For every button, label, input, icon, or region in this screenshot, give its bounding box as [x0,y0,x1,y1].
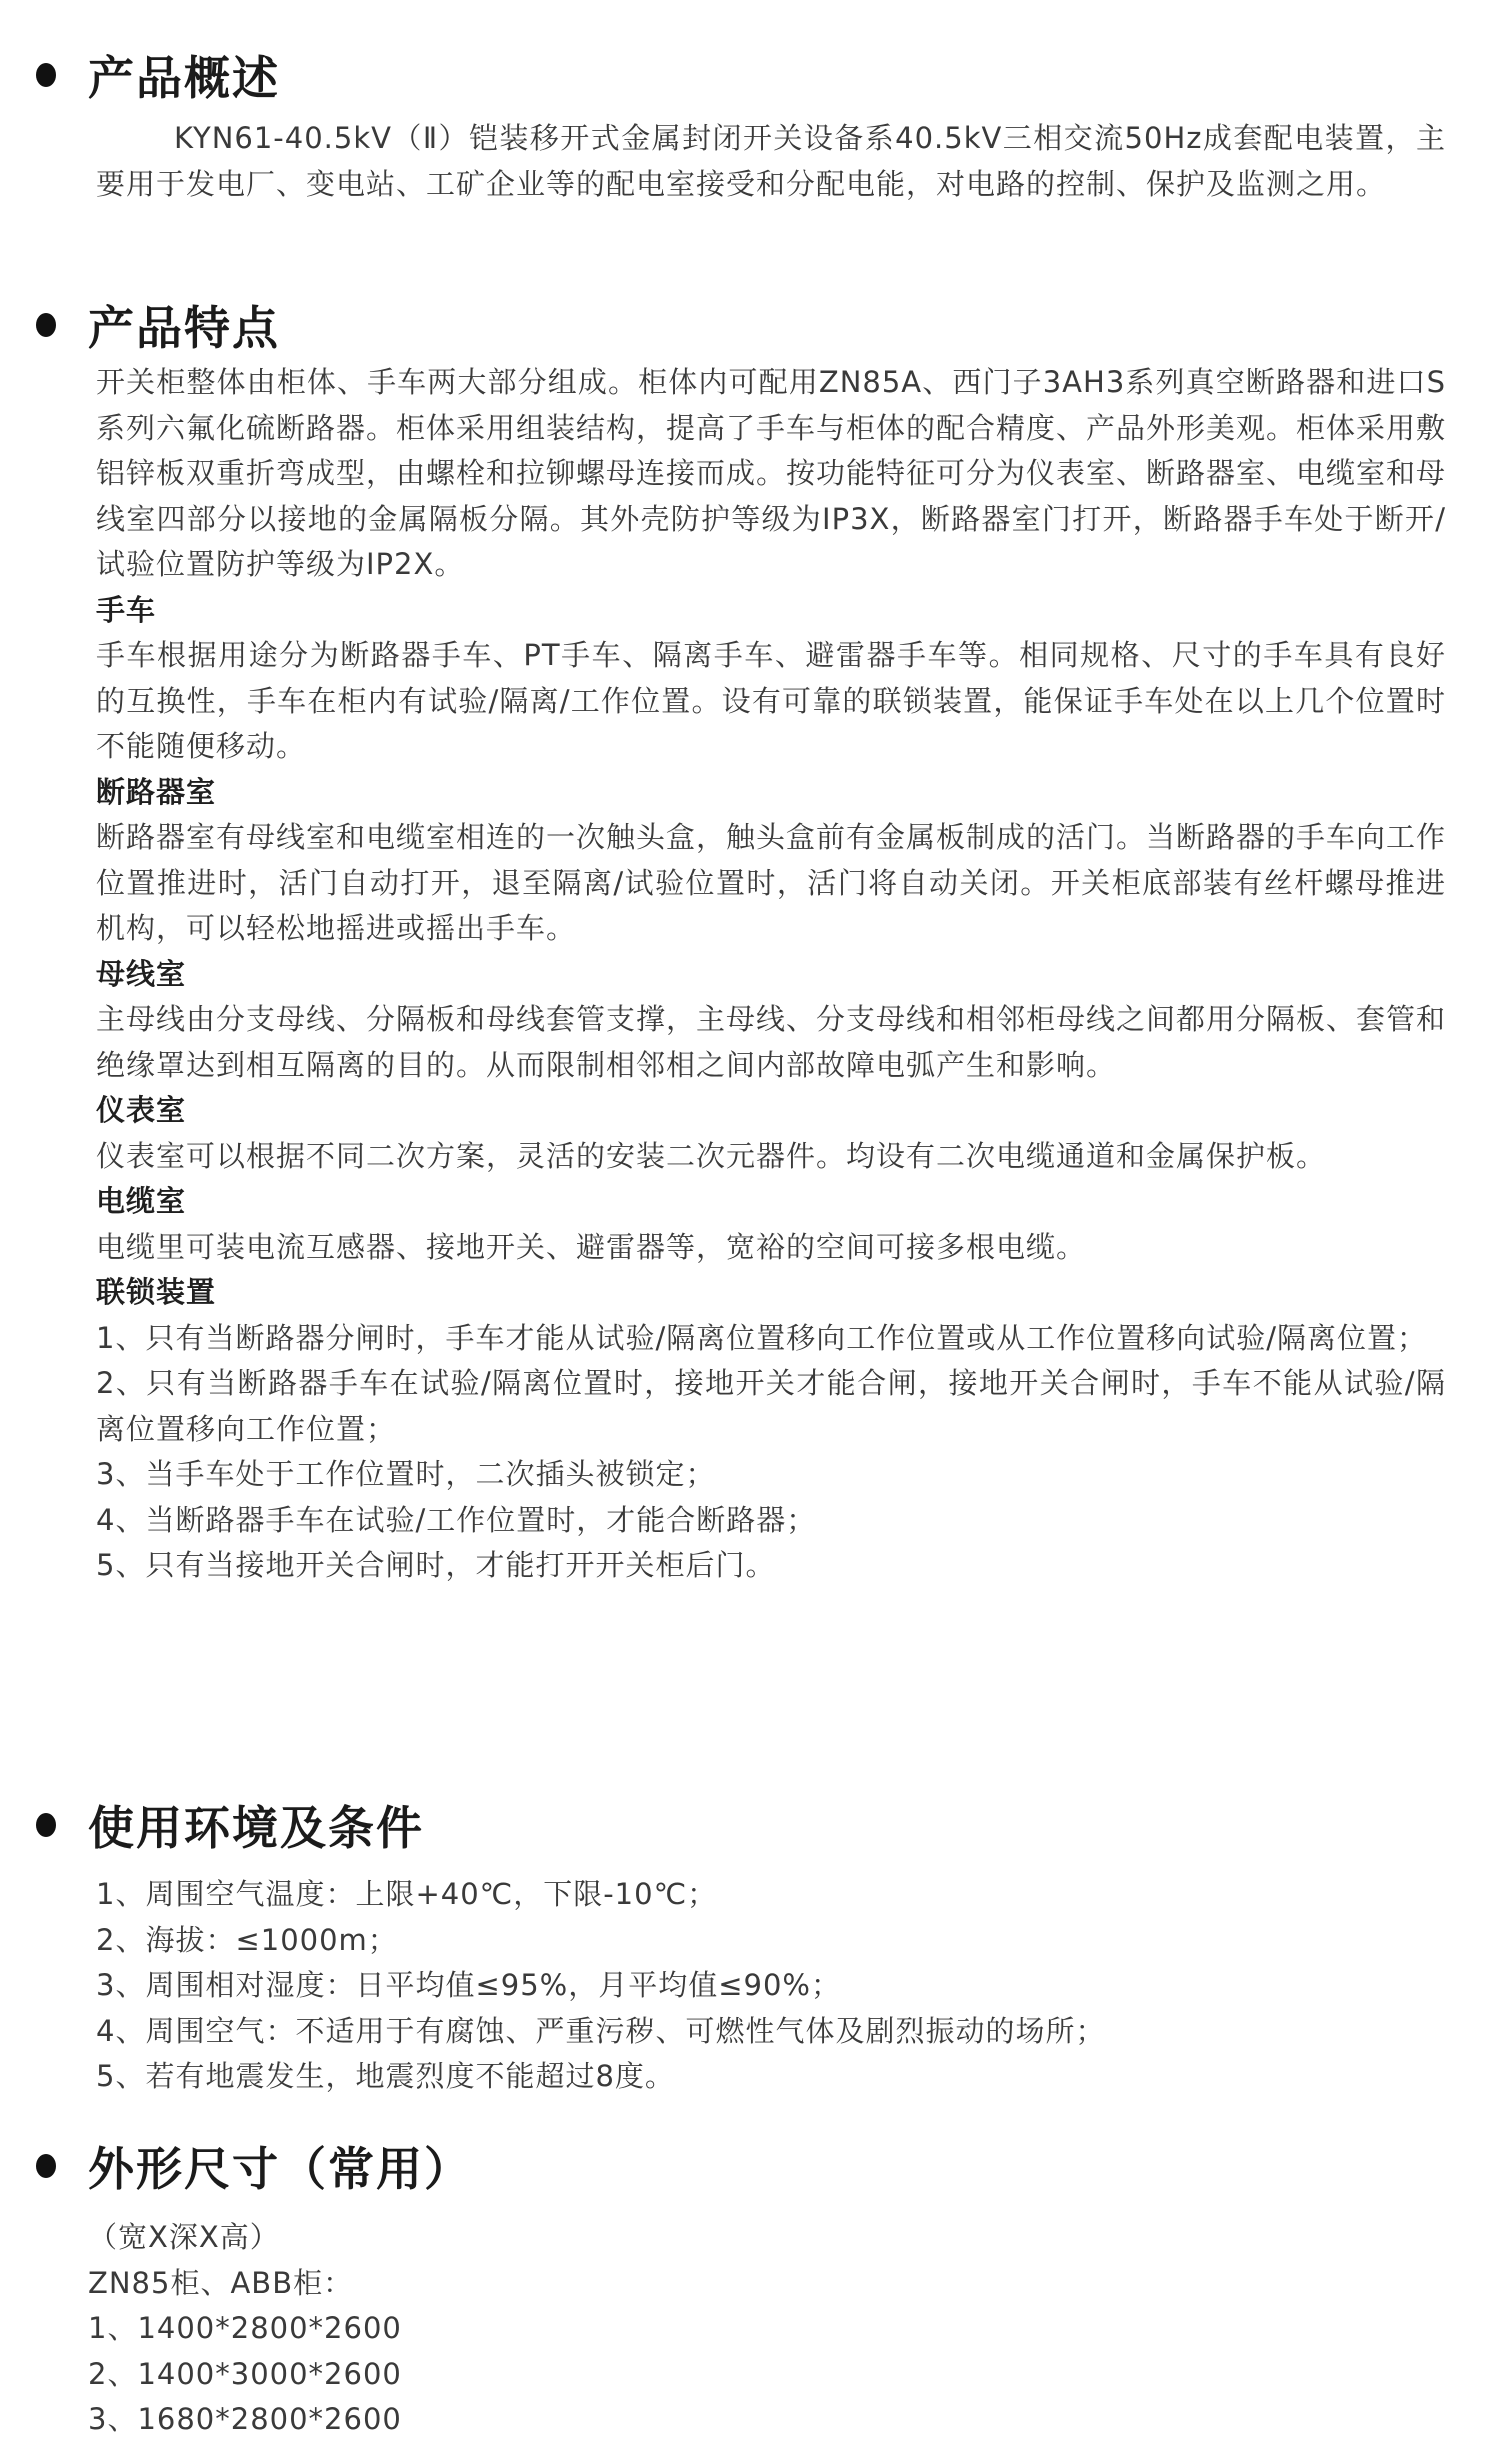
section-body: （宽X深X高） ZN85柜、ABB柜： 1、1400*2800*2600 2、1… [88,2215,1438,2443]
interlock-item: 5、只有当接地开关合闸时，才能打开开关柜后门。 [96,1543,1446,1589]
interlock-item: 4、当断路器手车在试验/工作位置时，才能合断路器； [96,1498,1446,1544]
subsection-title: 母线室 [96,952,1446,998]
subsection-title: 仪表室 [96,1088,1446,1134]
condition-item: 4、周围空气：不适用于有腐蚀、严重污秽、可燃性气体及剧烈振动的场所； [96,2009,1446,2055]
section-title: 使用环境及条件 [88,1792,424,1858]
dimension-item: 1、1400*2800*2600 [88,2306,1438,2352]
features-intro: 开关柜整体由柜体、手车两大部分组成。柜体内可配用ZN85A、西门子3AH3系列真… [96,360,1446,588]
subsection-text: 电缆里可装电流互感器、接地开关、避雷器等，宽裕的空间可接多根电缆。 [96,1225,1446,1271]
dimension-item: 2、1400*3000*2600 [88,2352,1438,2398]
subsection-title: 手车 [96,588,1446,634]
condition-item: 5、若有地震发生，地震烈度不能超过8度。 [96,2054,1446,2100]
subsection-text: 手车根据用途分为断路器手车、PT手车、隔离手车、避雷器手车等。相同规格、尺寸的手… [96,633,1446,770]
condition-item: 2、海拔：≤1000m； [96,1918,1446,1964]
interlock-item: 2、只有当断路器手车在试验/隔离位置时，接地开关才能合闸，接地开关合闸时，手车不… [96,1361,1446,1452]
subsection-title: 电缆室 [96,1179,1446,1225]
subsection-text: 仪表室可以根据不同二次方案，灵活的安装二次元器件。均设有二次电缆通道和金属保护板… [96,1134,1446,1180]
section-body: 1、周围空气温度：上限+40℃，下限-10℃； 2、海拔：≤1000m； 3、周… [96,1872,1446,2100]
overview-paragraph: KYN61-40.5kV（Ⅱ）铠装移开式金属封闭开关设备系40.5kV三相交流5… [96,116,1446,207]
section-title: 外形尺寸（常用） [88,2133,472,2199]
bullet-icon [36,2154,56,2178]
bullet-icon [36,313,56,337]
cabinet-types: ZN85柜、ABB柜： [88,2261,1438,2307]
condition-item: 3、周围相对湿度：日平均值≤95%，月平均值≤90%； [96,1963,1446,2009]
section-body: KYN61-40.5kV（Ⅱ）铠装移开式金属封闭开关设备系40.5kV三相交流5… [96,116,1446,207]
section-title: 产品概述 [88,42,280,108]
subsection-title: 联锁装置 [96,1270,1446,1316]
subsection-title: 断路器室 [96,770,1446,816]
interlock-item: 3、当手车处于工作位置时，二次插头被锁定； [96,1452,1446,1498]
subsection-text: 主母线由分支母线、分隔板和母线套管支撑，主母线、分支母线和相邻柜母线之间都用分隔… [96,997,1446,1088]
dimension-note: （宽X深X高） [88,2215,1438,2261]
section-body: 开关柜整体由柜体、手车两大部分组成。柜体内可配用ZN85A、西门子3AH3系列真… [96,360,1446,1589]
condition-item: 1、周围空气温度：上限+40℃，下限-10℃； [96,1872,1446,1918]
section-title: 产品特点 [88,292,280,358]
bullet-icon [36,1813,56,1837]
interlock-item: 1、只有当断路器分闸时，手车才能从试验/隔离位置移向工作位置或从工作位置移向试验… [96,1316,1446,1362]
bullet-icon [36,63,56,87]
dimension-item: 3、1680*2800*2600 [88,2397,1438,2443]
subsection-text: 断路器室有母线室和电缆室相连的一次触头盒，触头盒前有金属板制成的活门。当断路器的… [96,815,1446,952]
